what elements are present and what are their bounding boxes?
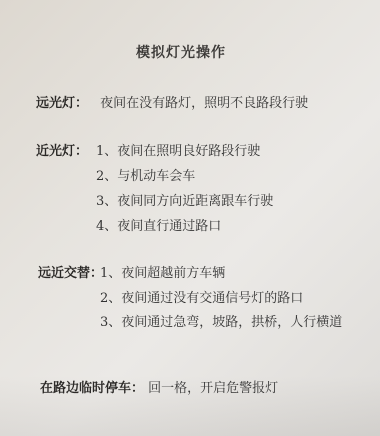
list-item: 2、与机动车会车 <box>96 165 195 184</box>
section-low-beam-label: 近光灯： <box>36 140 88 159</box>
section-high-beam: 远光灯： 夜间在没有路灯，照明不良路段行驶 <box>36 92 308 111</box>
section-label: 远近交替： <box>38 266 103 281</box>
document-title: 模拟灯光操作 <box>136 42 226 62</box>
list-item: 4、夜间直行通过路口 <box>96 215 221 234</box>
list-item: 3、夜间同方向近距离跟车行驶 <box>96 190 273 209</box>
section-alternating-label: 远近交替： <box>38 262 103 281</box>
section-label: 近光灯： <box>36 144 88 159</box>
section-item: 夜间在没有路灯，照明不良路段行驶 <box>100 96 308 111</box>
list-item: 1、夜间在照明良好路段行驶 <box>96 140 260 159</box>
section-label: 远光灯： <box>36 96 88 111</box>
list-item: 1、夜间超越前方车辆 <box>100 262 225 281</box>
list-item: 2、夜间通过没有交通信号灯的路口 <box>100 287 303 306</box>
list-item: 3、夜间通过急弯，坡路，拱桥，人行横道 <box>100 311 342 330</box>
document-page: 模拟灯光操作 远光灯： 夜间在没有路灯，照明不良路段行驶 近光灯： 1、夜间在照… <box>0 0 380 436</box>
paper-shadow <box>0 376 380 436</box>
